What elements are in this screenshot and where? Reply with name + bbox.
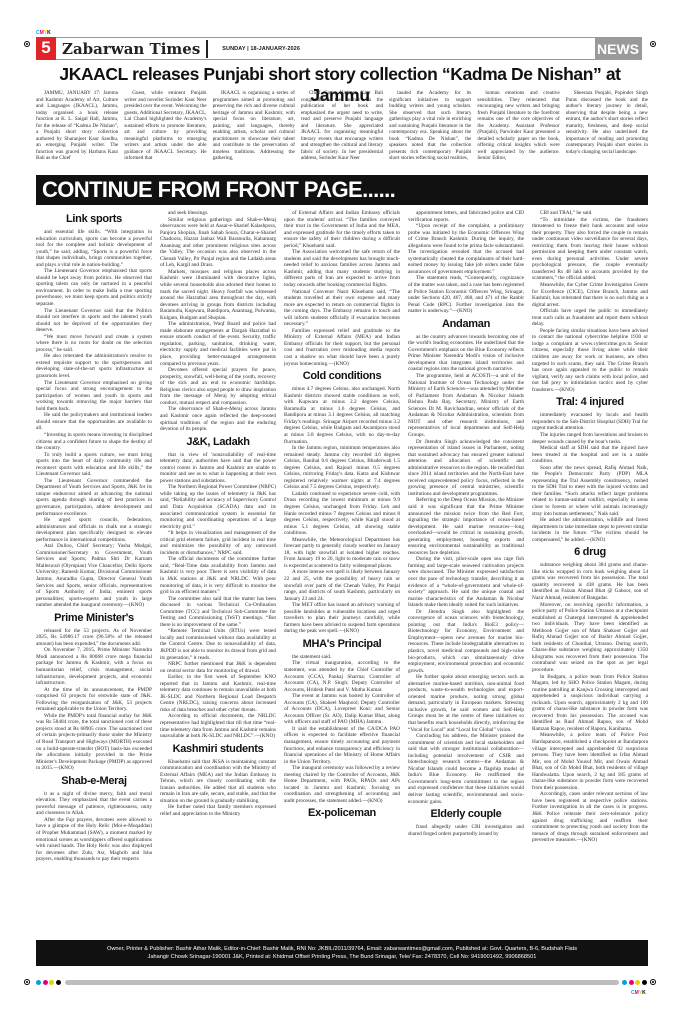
story-column: of External Affairs and Indian Embassy o… xyxy=(284,210,400,938)
story-paragraph: as the country advances towards becoming… xyxy=(408,334,524,373)
continue-banner: CONTINUE FROM FRONT PAGE...... xyxy=(36,175,648,205)
story-paragraph: Ladakh continued to experience severe co… xyxy=(284,491,400,537)
continued-stories: Link sportsand essential life skills. “W… xyxy=(36,210,648,938)
story-paragraph: “It helps in visualization and managemen… xyxy=(160,530,276,556)
cmyk-print-label-bottom: CMYK xyxy=(631,990,646,996)
imprint-footer: Owner, Printer & Publisher: Bashir Athar… xyxy=(36,940,648,966)
story-paragraph: appointment letters, and fabricated poli… xyxy=(408,210,524,223)
story-paragraph: National Convenor Nasir Khuehami said, “… xyxy=(284,289,400,328)
story-subhead: Tral: 4 injured xyxy=(532,396,648,409)
lead-column: Chief Guest Harbans Kaur Bali congratula… xyxy=(301,90,383,170)
story-paragraph: The injuries ranged from lacerations and… xyxy=(532,432,648,445)
cyan-dot-icon xyxy=(622,980,627,985)
story-paragraph: Dr Jitendra Singh acknowledged the consi… xyxy=(408,439,524,498)
story-paragraph: it as a night of divine mercy, faith and… xyxy=(36,791,152,817)
story-paragraph: Devotees offered special prayers for pea… xyxy=(160,367,276,406)
magenta-dot-icon xyxy=(43,980,48,985)
registration-mark-icon xyxy=(24,979,30,985)
story-paragraph: People facing similar situations have be… xyxy=(532,328,648,393)
story-paragraph: The programme, held at ACOSTI—a unit of … xyxy=(408,373,524,438)
imprint-line-2: Jahangir Chowk Srinagar-190001 J&K, Prin… xyxy=(36,953,648,961)
story-paragraph: A more intense wet spell is likely betwe… xyxy=(284,569,400,602)
story-paragraph: The event at Jammu was hosted by Control… xyxy=(284,693,400,726)
story-paragraph: In the Jammu region, minimum temperature… xyxy=(284,445,400,491)
story-paragraph: Meanwhile, a police team of Police Post … xyxy=(532,732,648,791)
story-paragraph: On November 7, 2015, Prime Minister Nare… xyxy=(36,647,152,686)
story-paragraph: The administration, Waqf Board and polic… xyxy=(160,321,276,367)
story-paragraph: “Investing in sports means investing in … xyxy=(36,432,152,452)
section-tag: NEWS xyxy=(595,38,641,59)
masthead-title: Zabarwan Times xyxy=(62,40,200,58)
lead-column: human emotions and creative sensibilitie… xyxy=(477,90,559,170)
yellow-dot-icon xyxy=(635,980,640,985)
story-paragraph: “Remote Terminal Units (RTUs) were teste… xyxy=(160,628,276,661)
story-paragraph: The Association welcomed the safe return… xyxy=(284,249,400,288)
lead-column: Sheeraza Punjabi, Popinder Singh Paras d… xyxy=(566,90,648,170)
story-column: and seek blessings.Similar religious gat… xyxy=(160,210,276,938)
magenta-dot-icon xyxy=(629,980,634,985)
story-paragraph: The statement reads, “Consequently, cogn… xyxy=(408,275,524,314)
story-paragraph: and essential life skills. “With integra… xyxy=(36,229,152,268)
black-dot-icon xyxy=(642,980,647,985)
story-paragraph: The inaugural ceremony was followed by a… xyxy=(284,765,400,804)
cmyk-print-label-top: CMYK xyxy=(36,30,51,36)
black-dot-icon xyxy=(56,980,61,985)
story-paragraph: Concluding his address, the Minister pra… xyxy=(408,733,524,805)
lead-column: Guest, while eminent Punjabi writer and … xyxy=(124,90,206,170)
story-paragraph: The Lieutenant Governor emphasised on gi… xyxy=(36,380,152,413)
registration-mark-icon xyxy=(24,41,30,47)
story-paragraph: The committee also said that the matter … xyxy=(160,596,276,629)
grey-bar xyxy=(65,980,619,985)
story-paragraph: minus 4.7 degrees Celsius, also unchange… xyxy=(284,386,400,445)
story-subhead: Ex-policeman xyxy=(284,807,400,820)
story-paragraph: He further spoke about emerging sectors … xyxy=(408,674,524,733)
story-subhead: MHA's Principal xyxy=(284,638,400,651)
story-paragraph: After the Fajr prayers, devotees were al… xyxy=(36,817,152,863)
story-paragraph: immediately evacuated by locals and heal… xyxy=(532,412,648,432)
story-paragraph: of External Affairs and Indian Embassy o… xyxy=(284,210,400,249)
story-paragraph: During the visit, pilot-scale open sea c… xyxy=(408,556,524,608)
story-paragraph: Meanwhile, the Meteorological Department… xyxy=(284,537,400,570)
story-paragraph: Meanwhile, the Cyber Crime Investigation… xyxy=(532,282,648,308)
story-paragraph: He also reiterated the administration's … xyxy=(36,353,152,379)
registration-mark-icon xyxy=(650,41,656,47)
story-paragraph: substance weighing about 384 grams and c… xyxy=(532,562,648,601)
story-paragraph: Dr Jitendra Singh also highlighted the c… xyxy=(408,609,524,674)
issue-date: SUNDAY | 18-JANUARY-2026 xyxy=(222,46,300,52)
story-paragraph: While the PMDP's total financial outlay … xyxy=(36,713,152,772)
story-paragraph: The Northern Regional Power Committee (N… xyxy=(160,484,276,530)
lead-story-body: JAMMU, JANUARY 17: Jammu and Kashmir Aca… xyxy=(36,90,648,170)
story-paragraph: Medical staff at SDH said that the injur… xyxy=(532,445,648,465)
story-paragraph: He asked the administration, wildlife an… xyxy=(532,517,648,543)
story-paragraph: The Lieutenant Governor commended the De… xyxy=(36,478,152,517)
story-paragraph: Khuehami said that JKSA is maintaining c… xyxy=(160,759,276,805)
story-paragraph: It said the establishment of the CA/DCA … xyxy=(284,726,400,765)
registration-mark-icon xyxy=(650,979,656,985)
story-paragraph: He further noted that family members exp… xyxy=(160,804,276,817)
story-paragraph: The Lieutenant Governor emphasised that … xyxy=(36,268,152,307)
story-paragraph: Soon after the news spread, Rafiq Ahmad … xyxy=(532,465,648,517)
story-paragraph: The Lieutenant Governor said that the Po… xyxy=(36,308,152,334)
lead-column: lauded the Academy for its significant i… xyxy=(389,90,471,170)
lead-column: JAMMU, JANUARY 17: Jammu and Kashmir Aca… xyxy=(36,90,118,170)
page-header: 5 Zabarwan Times SUNDAY | 18-JANUARY-202… xyxy=(36,37,642,60)
story-paragraph: NRPC further mentioned that J&K is depen… xyxy=(160,661,276,674)
story-paragraph: Accordingly, cases under relevant sectio… xyxy=(532,791,648,843)
story-subhead: Elderly couple xyxy=(408,808,524,821)
story-paragraph: Families expressed relief and gratitude … xyxy=(284,328,400,367)
cyan-dot-icon xyxy=(36,980,41,985)
story-paragraph: Moreover, on receiving specific informat… xyxy=(532,602,648,674)
story-paragraph: Similar religious gatherings and Shab-e-… xyxy=(160,217,276,269)
story-subhead: Prime Minister's xyxy=(36,612,152,625)
story-paragraph: To truly build a sports culture, we must… xyxy=(36,452,152,478)
lead-column: JKAACL is organising a series of program… xyxy=(213,90,295,170)
story-paragraph: According to official documents, the NRL… xyxy=(160,713,276,739)
story-paragraph: Atal Dulloo, Chief Secretary; Yasha Mudg… xyxy=(36,543,152,608)
story-paragraph: At the time of its announcement, the PMD… xyxy=(36,687,152,713)
imprint-line-1: Owner, Printer & Publisher: Bashir Athar… xyxy=(36,945,648,953)
story-paragraph: Markets, mosques and religious places ac… xyxy=(160,269,276,321)
story-paragraph: Referring to the Deep Ocean Mission, the… xyxy=(408,497,524,556)
yellow-dot-icon xyxy=(49,980,54,985)
story-subhead: Cold conditions xyxy=(284,370,400,383)
story-subhead: J&K, Ladakh xyxy=(160,436,276,449)
story-paragraph: He said the policymakers and institution… xyxy=(36,412,152,432)
story-paragraph: The observance of Shab-e-Meraj across Ja… xyxy=(160,406,276,432)
story-paragraph: The virtual inauguration, according to t… xyxy=(284,660,400,693)
story-paragraph: The official documents of the committee … xyxy=(160,556,276,595)
story-paragraph: released for the 53 projects. As of Nove… xyxy=(36,628,152,648)
story-paragraph: He urged sports councils, federations, a… xyxy=(36,517,152,543)
story-paragraph: “We must move forward and create a syste… xyxy=(36,334,152,354)
story-column: Link sportsand essential life skills. “W… xyxy=(36,210,152,938)
story-paragraph: Earlier, in the first week of September … xyxy=(160,674,276,713)
masthead-divider xyxy=(206,40,208,58)
story-paragraph: “Upon receipt of the complaint, a prelim… xyxy=(408,223,524,275)
story-subhead: Link sports xyxy=(36,213,152,226)
page-number: 5 xyxy=(36,37,56,60)
story-paragraph: Officials have urged the public to immed… xyxy=(532,308,648,328)
story-subhead: 6 drug xyxy=(532,546,648,559)
story-paragraph: that in view of 'nonavailability of real… xyxy=(160,452,276,485)
story-paragraph: “To intimidate the victims, the fraudste… xyxy=(532,217,648,282)
story-paragraph: The MET office has issued an advisory wa… xyxy=(284,602,400,635)
story-subhead: Shab-e-Meraj xyxy=(36,775,152,788)
story-paragraph: fraud allegedly under CBI investigation … xyxy=(408,824,524,837)
story-paragraph: In Budgam, a police team from Police Sta… xyxy=(532,674,648,733)
story-subhead: Andaman xyxy=(408,318,524,331)
print-color-bar xyxy=(36,979,648,985)
story-column: appointment letters, and fabricated poli… xyxy=(408,210,524,938)
story-column: CBI and TRAI,” he said.“To intimidate th… xyxy=(532,210,648,938)
story-subhead: Kashmiri students xyxy=(160,743,276,756)
